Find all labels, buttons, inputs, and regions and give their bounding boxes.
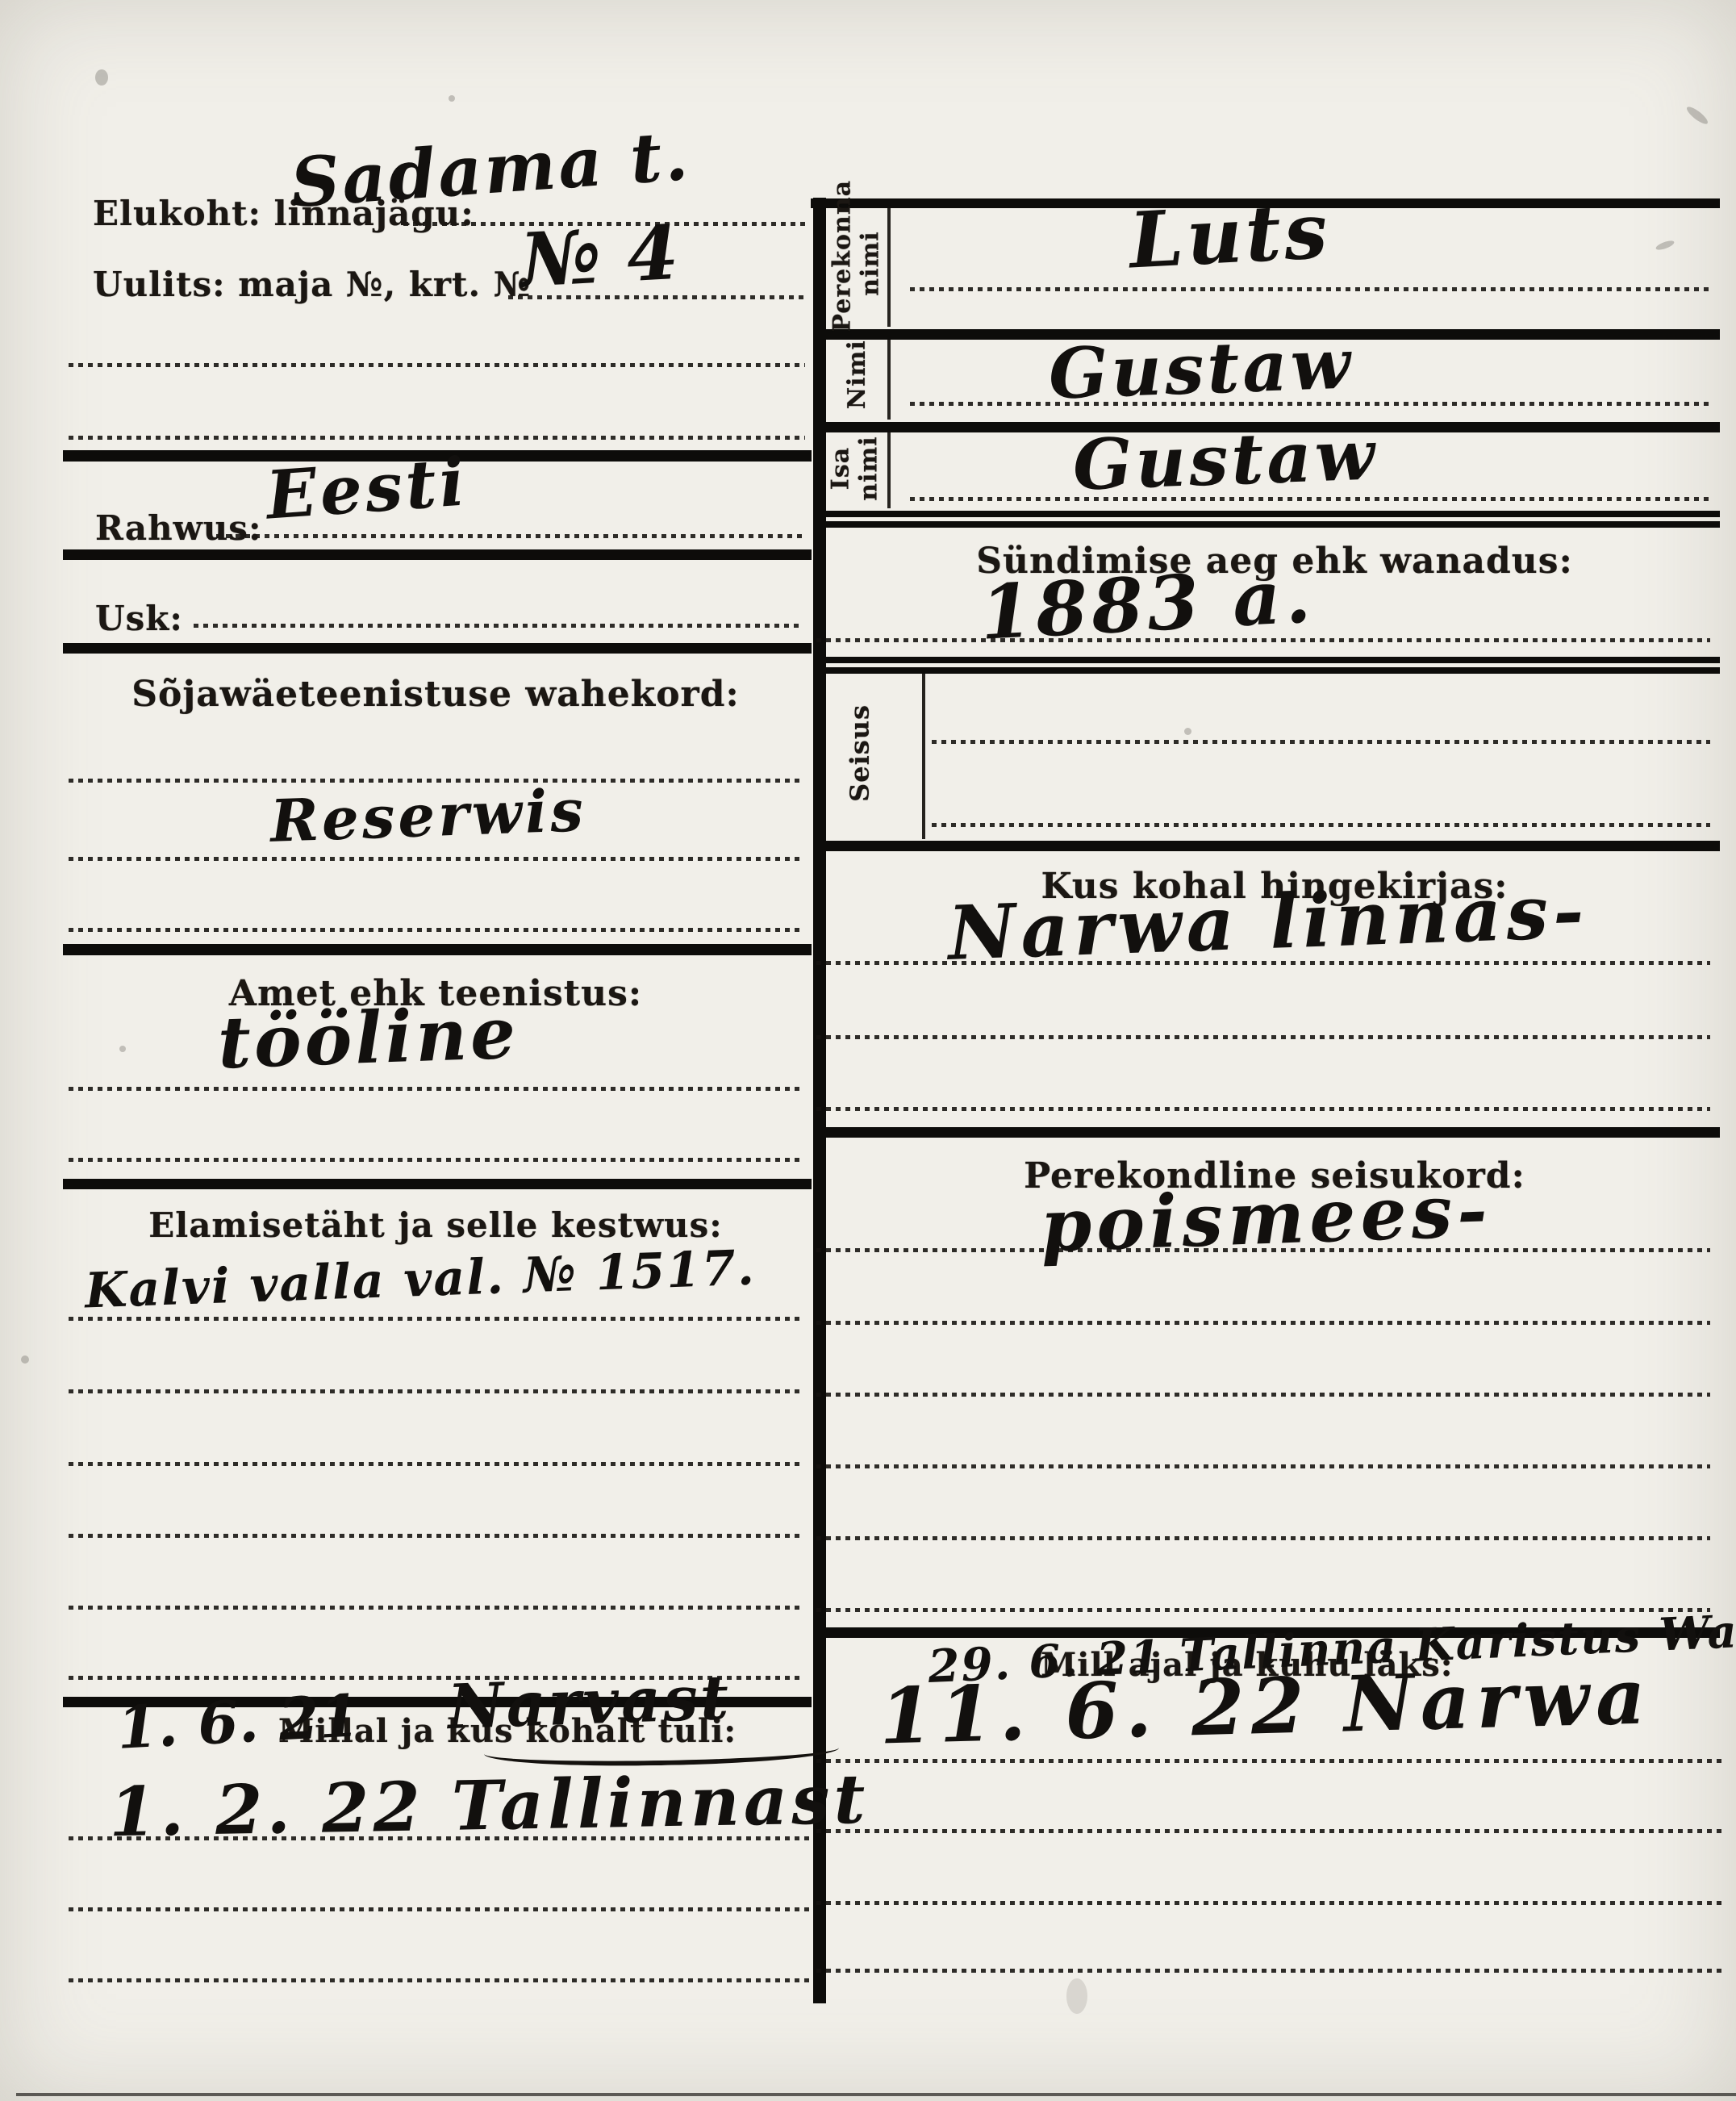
dotted-line — [816, 1536, 1710, 1540]
scan-speck — [21, 1355, 29, 1364]
estate-vertical-label: Seisus — [845, 672, 875, 833]
dotted-line — [69, 1462, 803, 1466]
dotted-line — [69, 363, 805, 367]
birth-date-value-handwriting: 1883 a. — [979, 558, 1317, 650]
label-separator-line — [887, 335, 891, 420]
residence-permit-value-handwriting: Kalvi valla val. № 1517. — [84, 1244, 756, 1316]
first-name-vertical-label: Nimi — [844, 326, 872, 423]
scan-speck — [1066, 1978, 1087, 2014]
dotted-line — [216, 534, 803, 538]
dotted-line — [69, 857, 803, 861]
scan-speck — [449, 95, 455, 102]
page-bottom-rule — [16, 2093, 1736, 2096]
horizontal-rule — [813, 1127, 1720, 1138]
dotted-line — [69, 436, 805, 440]
religion-label: Usk: — [95, 599, 183, 638]
horizontal-rule — [813, 657, 1720, 663]
dotted-line — [816, 1321, 1710, 1325]
dotted-line — [932, 823, 1710, 827]
horizontal-rule — [63, 643, 812, 654]
residence-value-handwriting: Sadama t. — [289, 122, 693, 217]
marital-status-value-handwriting: poismees- — [1040, 1174, 1493, 1262]
arrival-entry1-date-handwriting: 1. 6. 21 — [115, 1686, 361, 1757]
dotted-line — [69, 1606, 803, 1610]
arrival-entry2-handwriting: 1. 2. 22 Tallinnast — [108, 1765, 870, 1846]
horizontal-rule — [813, 841, 1720, 851]
horizontal-rule — [813, 667, 1720, 674]
dotted-line — [932, 740, 1710, 744]
dotted-line — [816, 1829, 1722, 1833]
nationality-value-handwriting: Eesti — [264, 449, 469, 528]
dotted-line — [69, 1907, 811, 1911]
father-name-vertical-label: Isa nimi — [828, 424, 883, 513]
dotted-line — [69, 928, 803, 932]
dotted-line — [816, 1107, 1710, 1111]
dotted-line — [69, 1534, 803, 1538]
dotted-line — [816, 1901, 1722, 1905]
dotted-line — [69, 1158, 803, 1162]
street-house-value-handwriting: № 4 — [519, 215, 681, 298]
scan-speck — [1184, 728, 1191, 735]
dotted-line — [816, 1035, 1710, 1039]
dotted-line — [69, 1389, 803, 1393]
label-separator-line — [887, 430, 891, 508]
dotted-line — [816, 1464, 1710, 1468]
military-service-label: Sõjawäeteenistuse wahekord: — [65, 674, 807, 715]
scanned-registration-card: Elukoht: linnajägu: Sadama t. Uulits: ma… — [0, 0, 1736, 2101]
family-name-vertical-label: Perekonna nimi — [829, 195, 885, 332]
horizontal-rule — [813, 511, 1720, 517]
dotted-line — [910, 287, 1710, 291]
dotted-line — [816, 1393, 1710, 1397]
occupation-value-handwriting: tööline — [217, 997, 520, 1079]
parish-register-value-handwriting: Narwa linnas- — [947, 874, 1590, 971]
horizontal-rule — [63, 944, 812, 955]
scan-speck — [119, 1046, 126, 1052]
dotted-line — [816, 1969, 1722, 1973]
family-name-value-handwriting: Luts — [1128, 193, 1333, 280]
dotted-line — [69, 1087, 803, 1091]
dotted-line — [194, 624, 803, 628]
father-name-value-handwriting: Gustaw — [1072, 420, 1379, 500]
scan-speck — [95, 69, 108, 86]
street-house-label: Uulits: maja №, krt. № — [93, 265, 531, 304]
label-separator-line — [922, 671, 925, 839]
residence-permit-label: Elamisetäht ja selle kestwus: — [65, 1205, 807, 1245]
horizontal-rule — [63, 1179, 812, 1189]
arrival-entry1-place-handwriting: Narvast — [447, 1667, 732, 1738]
nationality-label: Rahwus: — [95, 508, 261, 548]
dotted-line — [69, 1317, 803, 1321]
dotted-line — [69, 1978, 811, 1982]
scan-speck — [1684, 104, 1709, 127]
label-separator-line — [887, 203, 891, 327]
horizontal-rule — [813, 521, 1720, 528]
departure-entry2-handwriting: 11. 6. 22 Narwa — [878, 1658, 1653, 1755]
scan-speck — [1655, 239, 1675, 252]
column-divider — [813, 198, 826, 2003]
horizontal-rule — [63, 549, 812, 560]
first-name-value-handwriting: Gustaw — [1048, 329, 1355, 409]
military-service-value-handwriting: Reserwis — [269, 781, 587, 850]
